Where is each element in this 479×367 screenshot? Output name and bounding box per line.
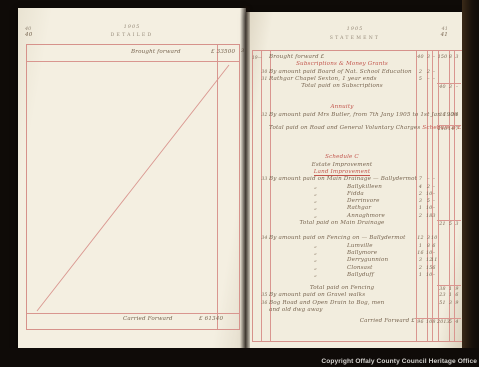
entry-description: „Rathgar	[269, 205, 415, 212]
ledger-row: Schedule C	[252, 154, 461, 161]
entry-place-name: Rathgar	[347, 205, 371, 212]
entry-place-name: Annaghmore	[347, 213, 385, 220]
void-diagonal-line	[27, 45, 239, 329]
total-label: Total paid on Fencing	[310, 285, 374, 291]
amount-value: –	[431, 191, 437, 198]
entry-description: By amount paid Board of Nat. School Educ…	[269, 69, 415, 76]
entry-description: „Clonsast	[269, 265, 415, 272]
entry-label: By amount paid Mrs Butler, from 7th Jany…	[269, 112, 458, 118]
amount-value: 2	[415, 191, 426, 198]
ledger-row: 30By amount paid Board of Nat. School Ed…	[252, 69, 461, 76]
section-heading-label: Subscriptions & Money Grants	[296, 61, 388, 67]
right-page-rows: 19—Brought forward £403–15083Subscriptio…	[252, 54, 461, 326]
amount-value: 51	[437, 300, 448, 307]
amount-value: 2	[415, 213, 426, 220]
ledger-row: 35By amount paid on Gravel walks2316	[252, 292, 461, 299]
left-page-year: 1905	[18, 24, 246, 30]
entry-number: 35	[260, 292, 269, 299]
entry-description: and old dwg away	[269, 307, 415, 314]
entry-place-name: Lumville	[347, 243, 373, 250]
entry-number: 32	[260, 112, 269, 119]
brought-forward-amount: £ 33500	[211, 49, 235, 55]
entry-description: Total paid on Road and General Voluntary…	[269, 125, 415, 132]
entry-description: „Derrygunnion	[269, 257, 415, 264]
amount-value: –	[431, 205, 437, 212]
entry-description: Brought forward £	[269, 54, 415, 61]
amount-value: 3	[453, 54, 461, 61]
amount-value: 150	[437, 54, 448, 61]
amount-value: 5	[415, 76, 426, 83]
entry-place-name: Ballyduff	[347, 272, 374, 279]
ledger-row: 36Bog Road and Open Drain to Bog, men513…	[252, 300, 461, 307]
amount-value: 4	[453, 112, 461, 119]
amount-value: 4	[415, 184, 426, 191]
entry-description: Bog Road and Open Drain to Bog, men	[269, 300, 415, 307]
brought-forward-label: Brought forward	[131, 49, 181, 55]
ledger-row: Total paid on Subscriptions403–	[252, 83, 461, 90]
entry-description: „Ballykilleen	[269, 184, 415, 191]
entry-date: 19—	[252, 54, 260, 61]
ledger-row: Land Improvement	[252, 169, 461, 176]
ledger-row: „Lumville186	[252, 243, 461, 250]
ledger-row	[252, 90, 461, 104]
entry-number: 30	[260, 69, 269, 76]
entry-place-name: Ballymore	[347, 250, 377, 257]
amount-value: 3	[415, 198, 426, 205]
ledger-row: Total paid on Road and General Voluntary…	[252, 125, 461, 132]
entry-description: „Ballymore	[269, 250, 415, 257]
entry-number: 36	[260, 300, 269, 307]
entry-description: Total paid on Main Drainage	[269, 220, 415, 227]
entry-label: and old dwg away	[269, 307, 323, 313]
section-heading: Subscriptions & Money Grants	[269, 61, 415, 68]
amount-value: 23	[437, 292, 448, 299]
entry-label: Bog Road and Open Drain to Bog, men	[269, 300, 384, 306]
entry-description: „Annaghmore	[269, 213, 415, 220]
entry-label: By amount paid on Fencing on — Ballyderm…	[269, 235, 406, 241]
ledger-row: 32By amount paid Mrs Butler, from 7th Ja…	[252, 112, 461, 119]
entry-place-name: Ballykilleen	[347, 184, 382, 191]
ledger-row	[252, 132, 461, 154]
amount-value: 26	[437, 112, 448, 119]
entry-place-name: Clonsast	[347, 265, 373, 272]
ledger-row	[252, 227, 461, 235]
right-page-folio: 41 41	[441, 26, 448, 38]
section-heading-label: Annuity	[330, 104, 353, 110]
entry-label: Rathgar Chapel Sexton, 1 year ends	[269, 76, 377, 82]
amount-value: 1	[415, 205, 426, 212]
amount-value: –	[431, 69, 437, 76]
ledger-row: 33By amount paid on Main Drainage — Ball…	[252, 176, 461, 183]
ledger-row: „Derrinvore35–	[252, 198, 461, 205]
ledger-row: and old dwg away	[252, 307, 461, 314]
ledger-photo: 1905 DETAILED 40 40 Brought forward £ 33…	[0, 0, 479, 367]
amount-value: 9	[453, 300, 461, 307]
amount-value: 2	[415, 69, 426, 76]
ledger-row: „Ballykilleen42–	[252, 184, 461, 191]
amount-value: 2	[415, 265, 426, 272]
ditto-mark: „	[314, 191, 317, 198]
section-heading-label: Schedule C	[325, 154, 359, 160]
right-page-title: STATEMENT	[246, 36, 464, 41]
amount-value: 40	[415, 54, 426, 61]
amount-value: –	[431, 76, 437, 83]
ditto-mark: „	[314, 272, 317, 279]
amount-value: –	[431, 198, 437, 205]
copyright-notice: Copyright Offaly County Council Heritage…	[321, 358, 477, 365]
entry-description: Total paid on Fencing	[269, 285, 415, 292]
section-heading: Land Improvement	[269, 169, 415, 176]
ledger-row: Carried Forward £96108201354	[252, 318, 461, 325]
ditto-mark: „	[314, 265, 317, 272]
section-heading: Annuity	[269, 104, 415, 111]
section-heading: Estate Improvement	[269, 162, 415, 169]
right-page: 1905 STATEMENT 41 41 19—Brought forward …	[246, 12, 464, 348]
amount-value: 3	[431, 213, 437, 220]
ditto-mark: „	[314, 184, 317, 191]
amount-value: 6	[431, 265, 437, 272]
entry-label: Brought forward £	[269, 54, 324, 60]
amount-value: 7	[415, 176, 426, 183]
entry-place-name: Fidda	[347, 191, 364, 198]
ledger-row: Annuity	[252, 104, 461, 111]
amount-value: 6	[431, 243, 437, 250]
ditto-mark: „	[314, 250, 317, 257]
ledger-row: Total paid on Fencing3819	[252, 285, 461, 292]
entry-description: Rathgar Chapel Sexton, 1 year ends	[269, 76, 415, 83]
entry-description: Carried Forward £	[269, 318, 415, 325]
amount-value: 1	[415, 243, 426, 250]
ledger-row: „Ballymore1610–	[252, 250, 461, 257]
ditto-mark: „	[314, 205, 317, 212]
ledger-row: „Fidda210–	[252, 191, 461, 198]
right-page-year: 1905	[246, 26, 464, 32]
entry-description: „Lumville	[269, 243, 415, 250]
amount-value: 11	[431, 257, 437, 264]
entry-label: By amount paid on Main Drainage — Ballyd…	[269, 176, 417, 182]
ledger-row: Total paid on Main Drainage2153	[252, 220, 461, 227]
carried-forward-label: Carried Forward £	[360, 318, 415, 324]
left-folio-written: 40	[25, 32, 32, 38]
ledger-row: „Rathgar110–	[252, 205, 461, 212]
ledger-row: „Annaghmore2183	[252, 213, 461, 220]
entry-place-name: Derrygunnion	[347, 257, 388, 264]
ditto-mark: „	[314, 198, 317, 205]
amount-value: –	[431, 184, 437, 191]
ditto-mark: „	[314, 257, 317, 264]
amount-value: 4	[453, 318, 461, 326]
entry-description: By amount paid on Main Drainage — Ballyd…	[269, 176, 415, 183]
left-page-title: DETAILED	[18, 33, 246, 38]
carried-forward-amount: £ 61340	[199, 316, 223, 322]
ledger-row: „Derrygunnion31211	[252, 257, 461, 264]
ledger-row: 34By amount paid on Fencing on — Ballyde…	[252, 235, 461, 242]
ledger-row: „Ballyduff110–	[252, 272, 461, 279]
amount-value: 3	[415, 257, 426, 264]
amount-value: 2013	[437, 318, 448, 326]
amount-value: 16	[415, 250, 426, 257]
total-label: Total paid on Road and General Voluntary…	[269, 125, 420, 131]
ledger-row: 19—Brought forward £403–15083	[252, 54, 461, 61]
entry-description: By amount paid on Fencing on — Ballyderm…	[269, 235, 415, 242]
carried-forward-label: Carried Forward	[123, 316, 173, 322]
ledger-row: Estate Improvement	[252, 162, 461, 169]
entry-description: Total paid on Subscriptions	[269, 83, 415, 90]
entry-description: By amount paid on Gravel walks	[269, 292, 415, 299]
entry-number: 34	[260, 235, 269, 242]
section-heading: Schedule C	[269, 154, 415, 161]
amount-value: 12	[415, 235, 426, 242]
left-page-folio: 40 40	[25, 26, 32, 38]
amount-value: 1	[415, 272, 426, 279]
ditto-mark: „	[314, 243, 317, 250]
ledger-row: „Clonsast2156	[252, 265, 461, 272]
ledger-row: Subscriptions & Money Grants	[252, 61, 461, 68]
total-label: Total paid on Subscriptions	[301, 83, 383, 89]
left-ruled-frame: Brought forward £ 33500 3 Carried Forwar…	[26, 44, 240, 330]
left-page: 1905 DETAILED 40 40 Brought forward £ 33…	[18, 8, 246, 350]
ledger-row: 31Rathgar Chapel Sexton, 1 year ends5––	[252, 76, 461, 83]
entry-description: „Fidda	[269, 191, 415, 198]
book-spine	[240, 6, 250, 352]
entry-description: „Ballyduff	[269, 272, 415, 279]
amount-value: 96	[415, 318, 426, 326]
right-folio-written: 41	[441, 32, 448, 38]
entry-number: 31	[260, 76, 269, 83]
entry-number: 33	[260, 176, 269, 183]
amount-value: 6	[453, 292, 461, 299]
entry-label: By amount paid Board of Nat. School Educ…	[269, 69, 412, 75]
entry-label: By amount paid on Gravel walks	[269, 292, 365, 298]
total-label: Total paid on Main Drainage	[299, 220, 384, 226]
amount-value: –	[431, 176, 437, 183]
section-heading-label: Estate Improvement	[312, 162, 373, 168]
amount-value: –	[431, 250, 437, 257]
amount-value: 10	[431, 235, 437, 242]
entry-description: By amount paid Mrs Butler, from 7th Jany…	[269, 112, 415, 119]
entry-place-name: Derrinvore	[347, 198, 380, 205]
ditto-mark: „	[314, 213, 317, 220]
entry-description: „Derrinvore	[269, 198, 415, 205]
amount-value: –	[431, 272, 437, 279]
book-page-edges	[462, 0, 479, 367]
